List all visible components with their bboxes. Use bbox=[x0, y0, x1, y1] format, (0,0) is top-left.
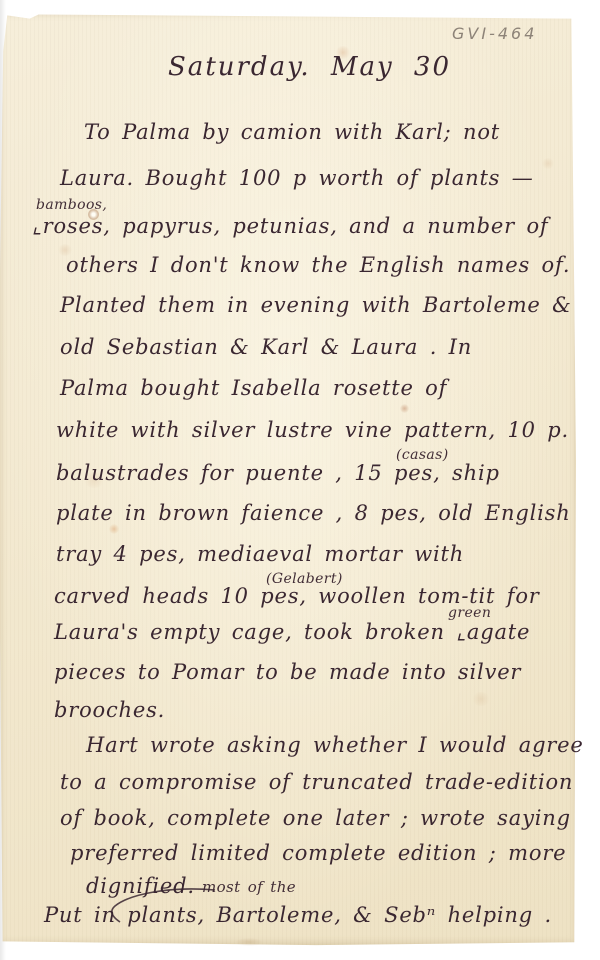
date-heading: Saturday. May 30 bbox=[168, 52, 451, 82]
manuscript-line: balustrades for puente , 15 pes, ship bbox=[56, 461, 500, 485]
manuscript-line: ⌞roses, papyrus, petunias, and a number … bbox=[32, 214, 548, 238]
manuscript-photo: GVI-464 Saturday. May 30 To Palma by cam… bbox=[0, 0, 600, 960]
manuscript-line: brooches. bbox=[54, 698, 165, 722]
interline-insertion: bamboos, bbox=[36, 197, 107, 213]
catalog-annotation: GVI-464 bbox=[452, 24, 537, 43]
interline-insertion: green bbox=[448, 605, 491, 621]
manuscript-line: Planted them in evening with Bartoleme & bbox=[60, 293, 572, 317]
manuscript-line: To Palma by camion with Karl; not bbox=[84, 120, 500, 144]
manuscript-line: of book, complete one later ; wrote sayi… bbox=[60, 806, 571, 830]
manuscript-line: white with silver lustre vine pattern, 1… bbox=[56, 418, 569, 442]
manuscript-line: pieces to Pomar to be made into silver bbox=[54, 660, 521, 684]
manuscript-line: others I don't know the English names of… bbox=[66, 253, 570, 277]
manuscript-line: Palma bought Isabella rosette of bbox=[60, 376, 447, 400]
manuscript-line: dignified. bbox=[86, 874, 195, 898]
manuscript-line: Laura's empty cage, took broken ⌞agate bbox=[54, 620, 530, 644]
manuscript-line: Hart wrote asking whether I would agree bbox=[86, 733, 584, 757]
interline-insertion: most of the bbox=[202, 878, 296, 896]
manuscript-line: tray 4 pes, mediaeval mortar with bbox=[56, 542, 464, 566]
manuscript-line: preferred limited complete edition ; mor… bbox=[70, 841, 566, 865]
manuscript-line: Put in plants, Bartoleme, & Sebⁿ helping… bbox=[44, 903, 552, 927]
manuscript-line: old Sebastian & Karl & Laura . In bbox=[60, 335, 472, 359]
manuscript-line: to a compromise of truncated trade-editi… bbox=[60, 770, 573, 794]
manuscript-line: plate in brown faience , 8 pes, old Engl… bbox=[56, 501, 571, 525]
manuscript-line: Laura. Bought 100 p worth of plants — bbox=[60, 166, 534, 190]
